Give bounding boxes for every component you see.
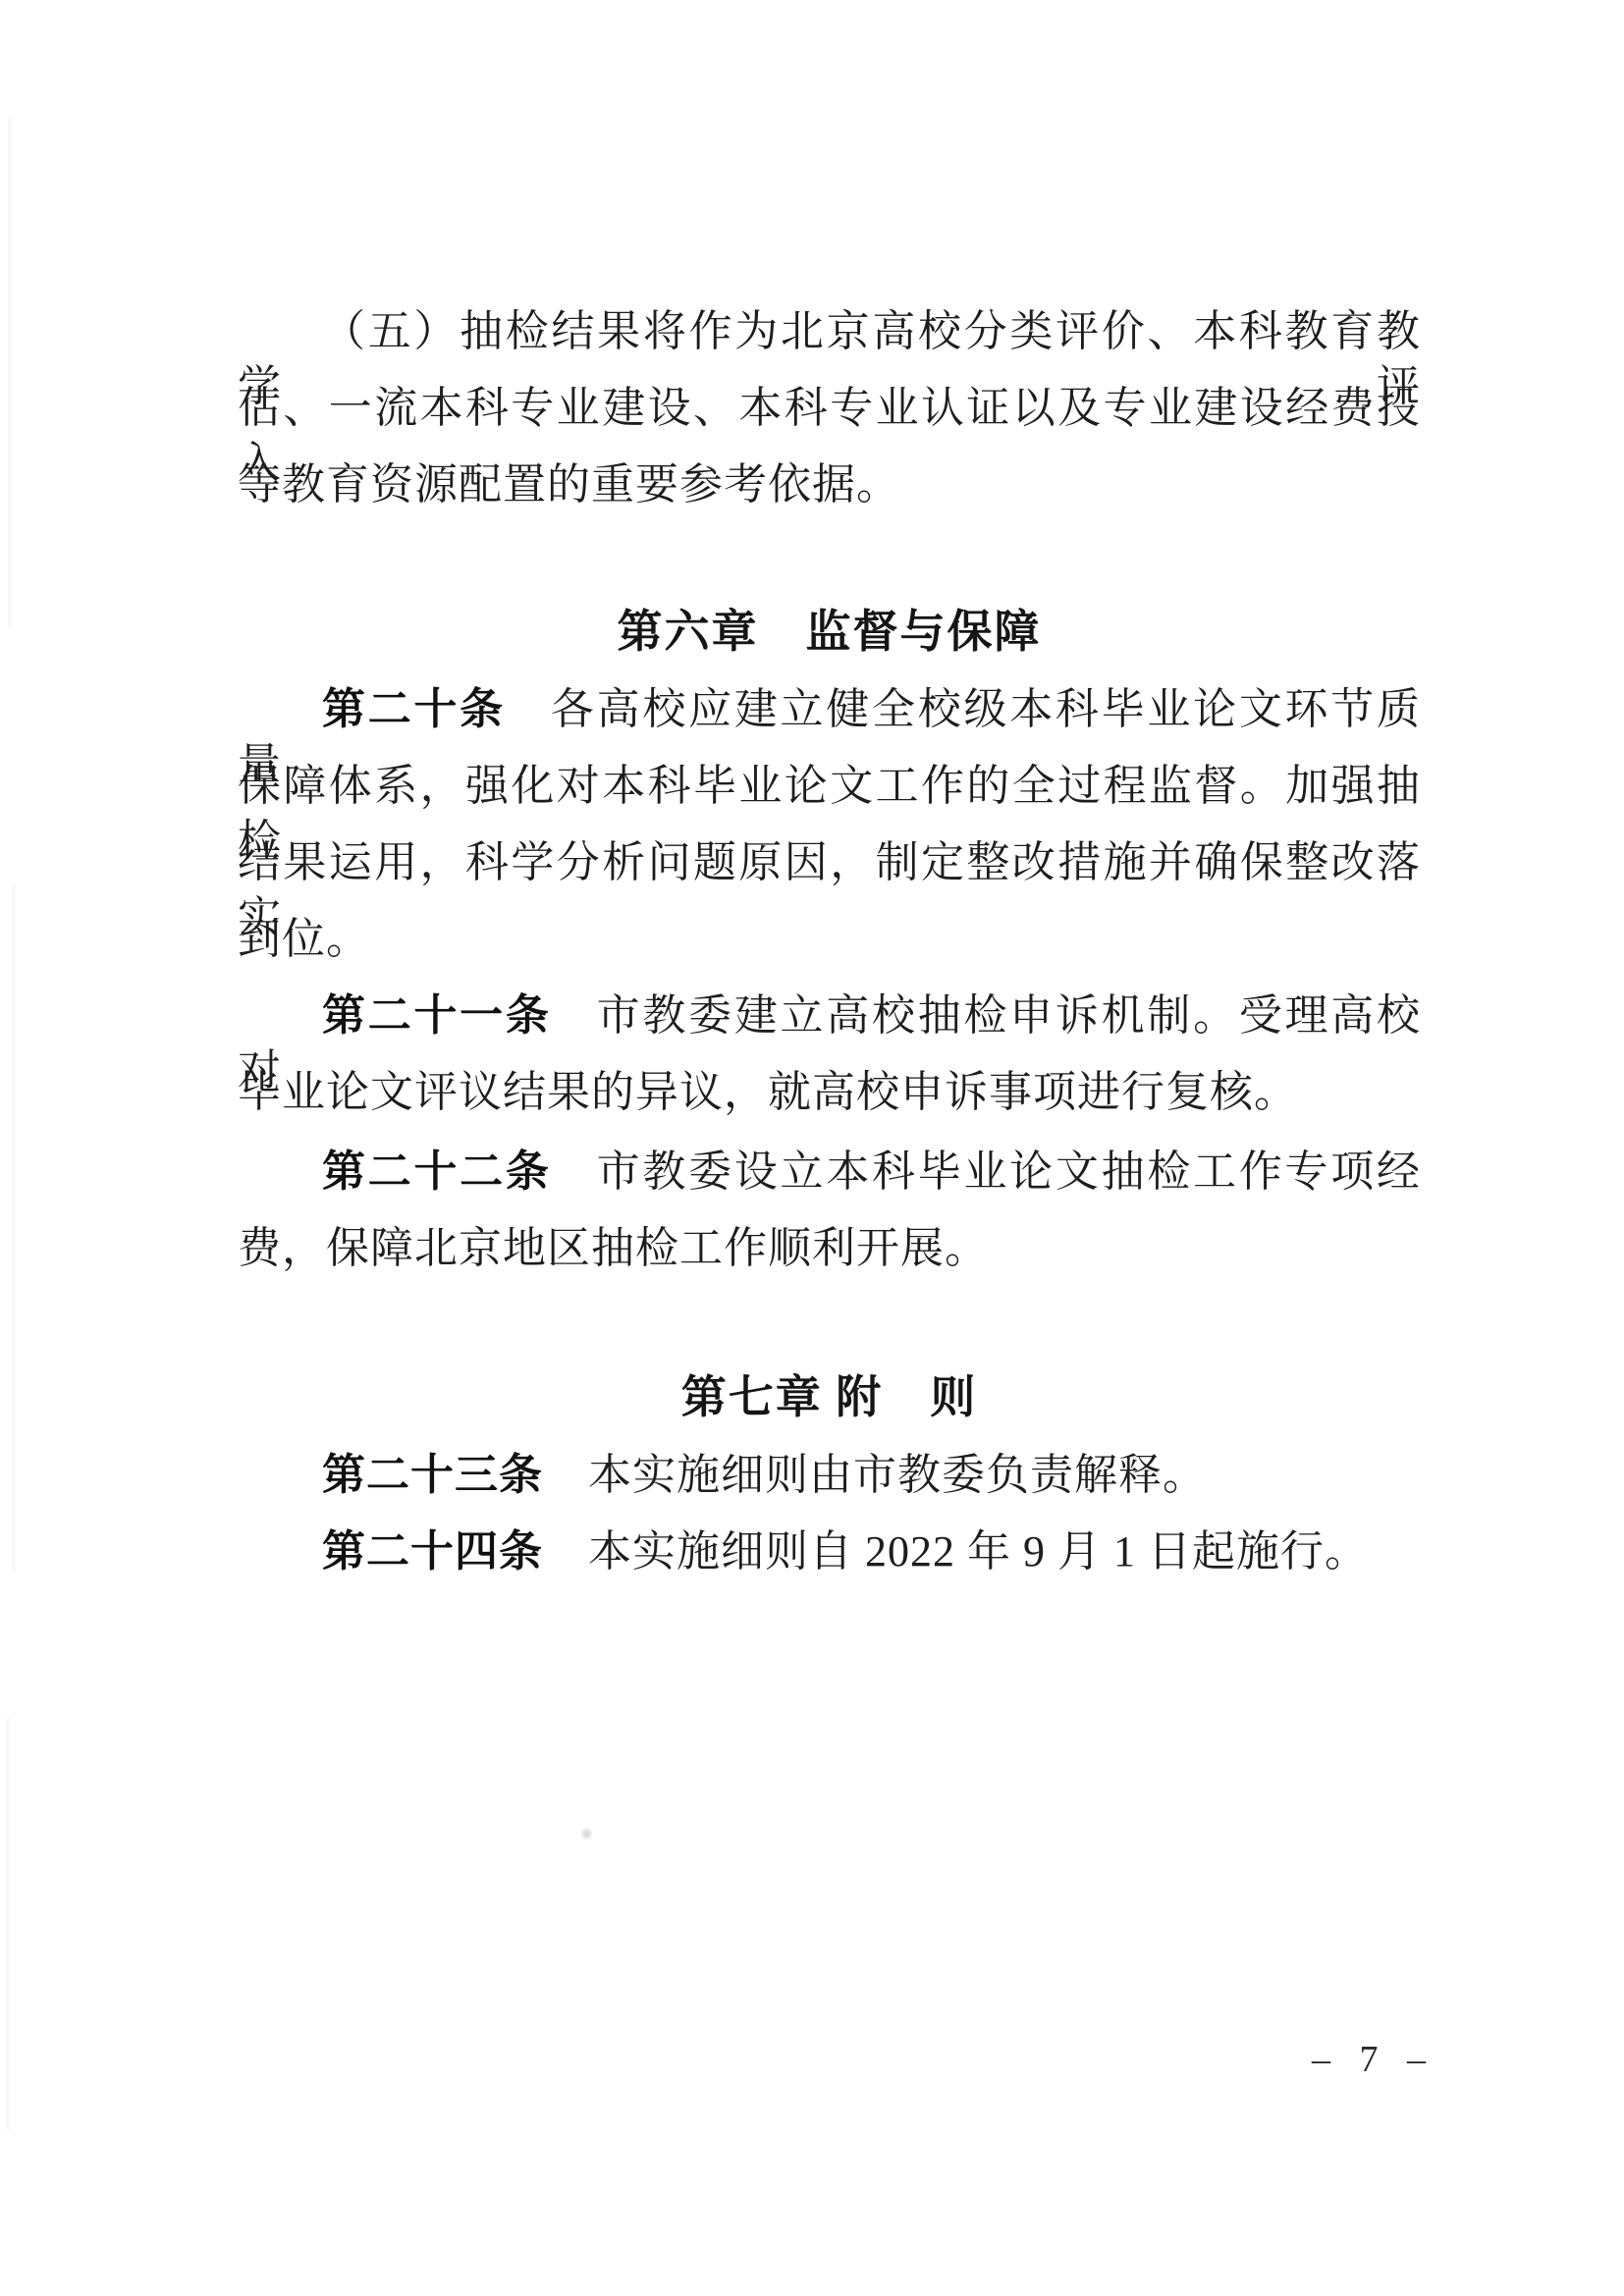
article23-line: 第二十三条本实施细则由市教委负责解释。: [238, 1448, 1421, 1503]
article20-label: 第二十条: [322, 685, 506, 733]
article24-line: 第二十四条本实施细则自 2022 年 9 月 1 日起施行。: [238, 1524, 1421, 1579]
article20-line4: 到位。: [238, 912, 1421, 967]
article22-line2: 费，保障北京地区抽检工作顺利开展。: [238, 1221, 1421, 1276]
scan-edge-streak: [12, 883, 16, 1571]
scan-edge-streak: [8, 118, 12, 628]
body-text: 市教委设立本科毕业论文抽检工作专项经: [597, 1148, 1421, 1196]
chapter-heading-text: 第七章 附 则: [681, 1372, 978, 1422]
body-text: 到位。: [238, 915, 370, 963]
body-text: 费，保障北京地区抽检工作顺利开展。: [238, 1224, 989, 1272]
body-text: 本实施细则自 2022 年 9 月 1 日起施行。: [588, 1527, 1369, 1575]
body-text: 本实施细则由市教委负责解释。: [588, 1451, 1207, 1499]
document-page: （五）抽检结果将作为北京高校分类评价、本科教育教学评 估、一流本科专业建设、本科…: [0, 0, 1624, 2296]
body-text: 毕业论文评议结果的异议，就高校申诉事项进行复核。: [238, 1068, 1298, 1116]
chapter-heading-text: 第六章 监督与保障: [618, 607, 1042, 657]
article21-label: 第二十一条: [322, 991, 552, 1040]
page-number-text: – 7 –: [1312, 2039, 1435, 2080]
article24-label: 第二十四条: [322, 1527, 543, 1575]
article22-label: 第二十二条: [322, 1148, 552, 1196]
page-number: – 7 –: [1312, 2038, 1435, 2081]
scan-edge-streak: [6, 1718, 10, 2130]
article21-line2: 毕业论文评议结果的异议，就高校申诉事项进行复核。: [238, 1065, 1421, 1120]
chapter6-heading: 第六章 监督与保障: [238, 604, 1421, 661]
paragraph-item5-line3: 等教育资源配置的重要参考依据。: [238, 457, 1421, 512]
chapter7-heading: 第七章 附 则: [238, 1369, 1421, 1426]
article23-label: 第二十三条: [322, 1451, 543, 1499]
scan-artifact-dot: [581, 1828, 592, 1840]
body-text: 等教育资源配置的重要参考依据。: [238, 460, 900, 508]
article22-line1: 第二十二条市教委设立本科毕业论文抽检工作专项经: [238, 1145, 1421, 1200]
